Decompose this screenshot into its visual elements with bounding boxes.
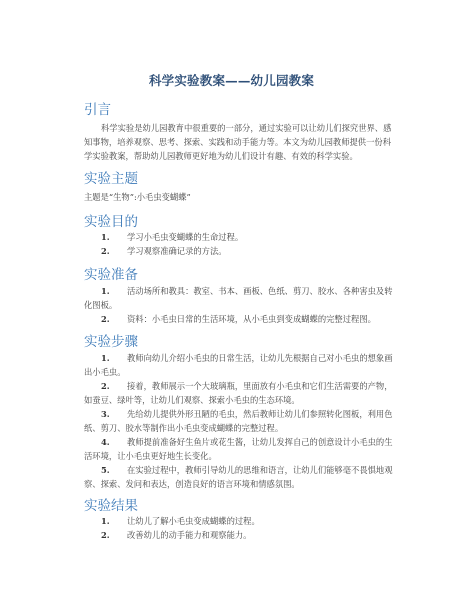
heading-experiment-theme: 实验主题 — [84, 167, 138, 187]
result-item: 2.改善幼儿的动手能力和观察能力。 — [101, 528, 411, 542]
list-text: 活动场所和教具：教室、书本、画板、色纸、剪刀、胶水、各种害虫及转化图板。 — [84, 286, 393, 310]
list-number: 2. — [84, 312, 127, 326]
introduction-paragraph: 科学实验是幼儿园教育中很重要的一部分，通过实验可以让幼儿们探究世界、感知事物，培… — [84, 121, 394, 163]
list-number: 5. — [84, 463, 127, 477]
purpose-item: 2.学习观察准确记录的方法。 — [101, 244, 411, 258]
preparation-item: 2.资料：小毛虫日常的生活环境，从小毛虫到变成蝴蝶的完整过程图。 — [84, 312, 394, 326]
step-item: 4.教师提前准备好生鱼片或花生酱，让幼儿发挥自己的创意设计小毛虫的生活环境，让小… — [84, 435, 394, 463]
step-item: 3.先给幼儿提供外形丑陋的毛虫，然后教师让幼儿们参照转化图板，利用色纸、剪刀、胶… — [84, 407, 394, 435]
list-number: 2. — [101, 244, 127, 258]
list-number: 1. — [101, 230, 127, 244]
list-number: 1. — [84, 351, 127, 365]
list-number: 1. — [84, 284, 127, 298]
step-item: 2.接着，教师展示一个大玻璃瓶，里面放有小毛虫和它们生活需要的产物，如蚕豆、绿叶… — [84, 379, 394, 407]
step-item: 1.教师向幼儿介绍小毛虫的日常生活，让幼儿先根据自己对小毛虫的想象画出小毛虫。 — [84, 351, 394, 379]
list-text: 学习小毛虫变蝴蝶的生命过程。 — [127, 232, 243, 242]
document-page: 科学实验教案——幼儿园教案 引言 科学实验是幼儿园教育中很重要的一部分，通过实验… — [0, 0, 463, 600]
list-number: 3. — [84, 407, 127, 421]
heading-experiment-preparation: 实验准备 — [84, 263, 138, 283]
heading-experiment-results: 实验结果 — [84, 494, 138, 514]
document-title: 科学实验教案——幼儿园教案 — [0, 71, 463, 89]
heading-experiment-purpose: 实验目的 — [84, 210, 138, 230]
list-text: 资料：小毛虫日常的生活环境，从小毛虫到变成蝴蝶的完整过程图。 — [127, 314, 376, 324]
list-text: 改善幼儿的动手能力和观察能力。 — [127, 530, 251, 540]
list-number: 1. — [101, 514, 127, 528]
list-text: 先给幼儿提供外形丑陋的毛虫，然后教师让幼儿们参照转化图板，利用色纸、剪刀、胶水等… — [84, 409, 393, 433]
heading-introduction: 引言 — [84, 98, 111, 118]
list-number: 4. — [84, 435, 127, 449]
step-item: 5.在实验过程中，教师引导幼儿的思维和语言，让幼儿们能够毫不畏惧地观察、探索、发… — [84, 463, 394, 491]
list-text: 教师向幼儿介绍小毛虫的日常生活，让幼儿先根据自己对小毛虫的想象画出小毛虫。 — [84, 353, 393, 377]
list-text: 在实验过程中，教师引导幼儿的思维和语言，让幼儿们能够毫不畏惧地观察、探索、发问和… — [84, 465, 393, 489]
list-text: 学习观察准确记录的方法。 — [127, 246, 227, 256]
theme-paragraph: 主题是“生物”:小毛虫变蝴蝶” — [84, 190, 394, 204]
list-text: 教师提前准备好生鱼片或花生酱，让幼儿发挥自己的创意设计小毛虫的生活环境，让小毛虫… — [84, 437, 393, 461]
purpose-item: 1.学习小毛虫变蝴蝶的生命过程。 — [101, 230, 411, 244]
list-number: 2. — [101, 528, 127, 542]
list-number: 2. — [84, 379, 127, 393]
preparation-item: 1.活动场所和教具：教室、书本、画板、色纸、剪刀、胶水、各种害虫及转化图板。 — [84, 284, 394, 312]
heading-experiment-steps: 实验步骤 — [84, 330, 138, 350]
result-item: 1.让幼儿了解小毛虫变成蝴蝶的过程。 — [101, 514, 411, 528]
list-text: 接着，教师展示一个大玻璃瓶，里面放有小毛虫和它们生活需要的产物，如蚕豆、绿叶等，… — [84, 381, 393, 405]
list-text: 让幼儿了解小毛虫变成蝴蝶的过程。 — [127, 516, 260, 526]
